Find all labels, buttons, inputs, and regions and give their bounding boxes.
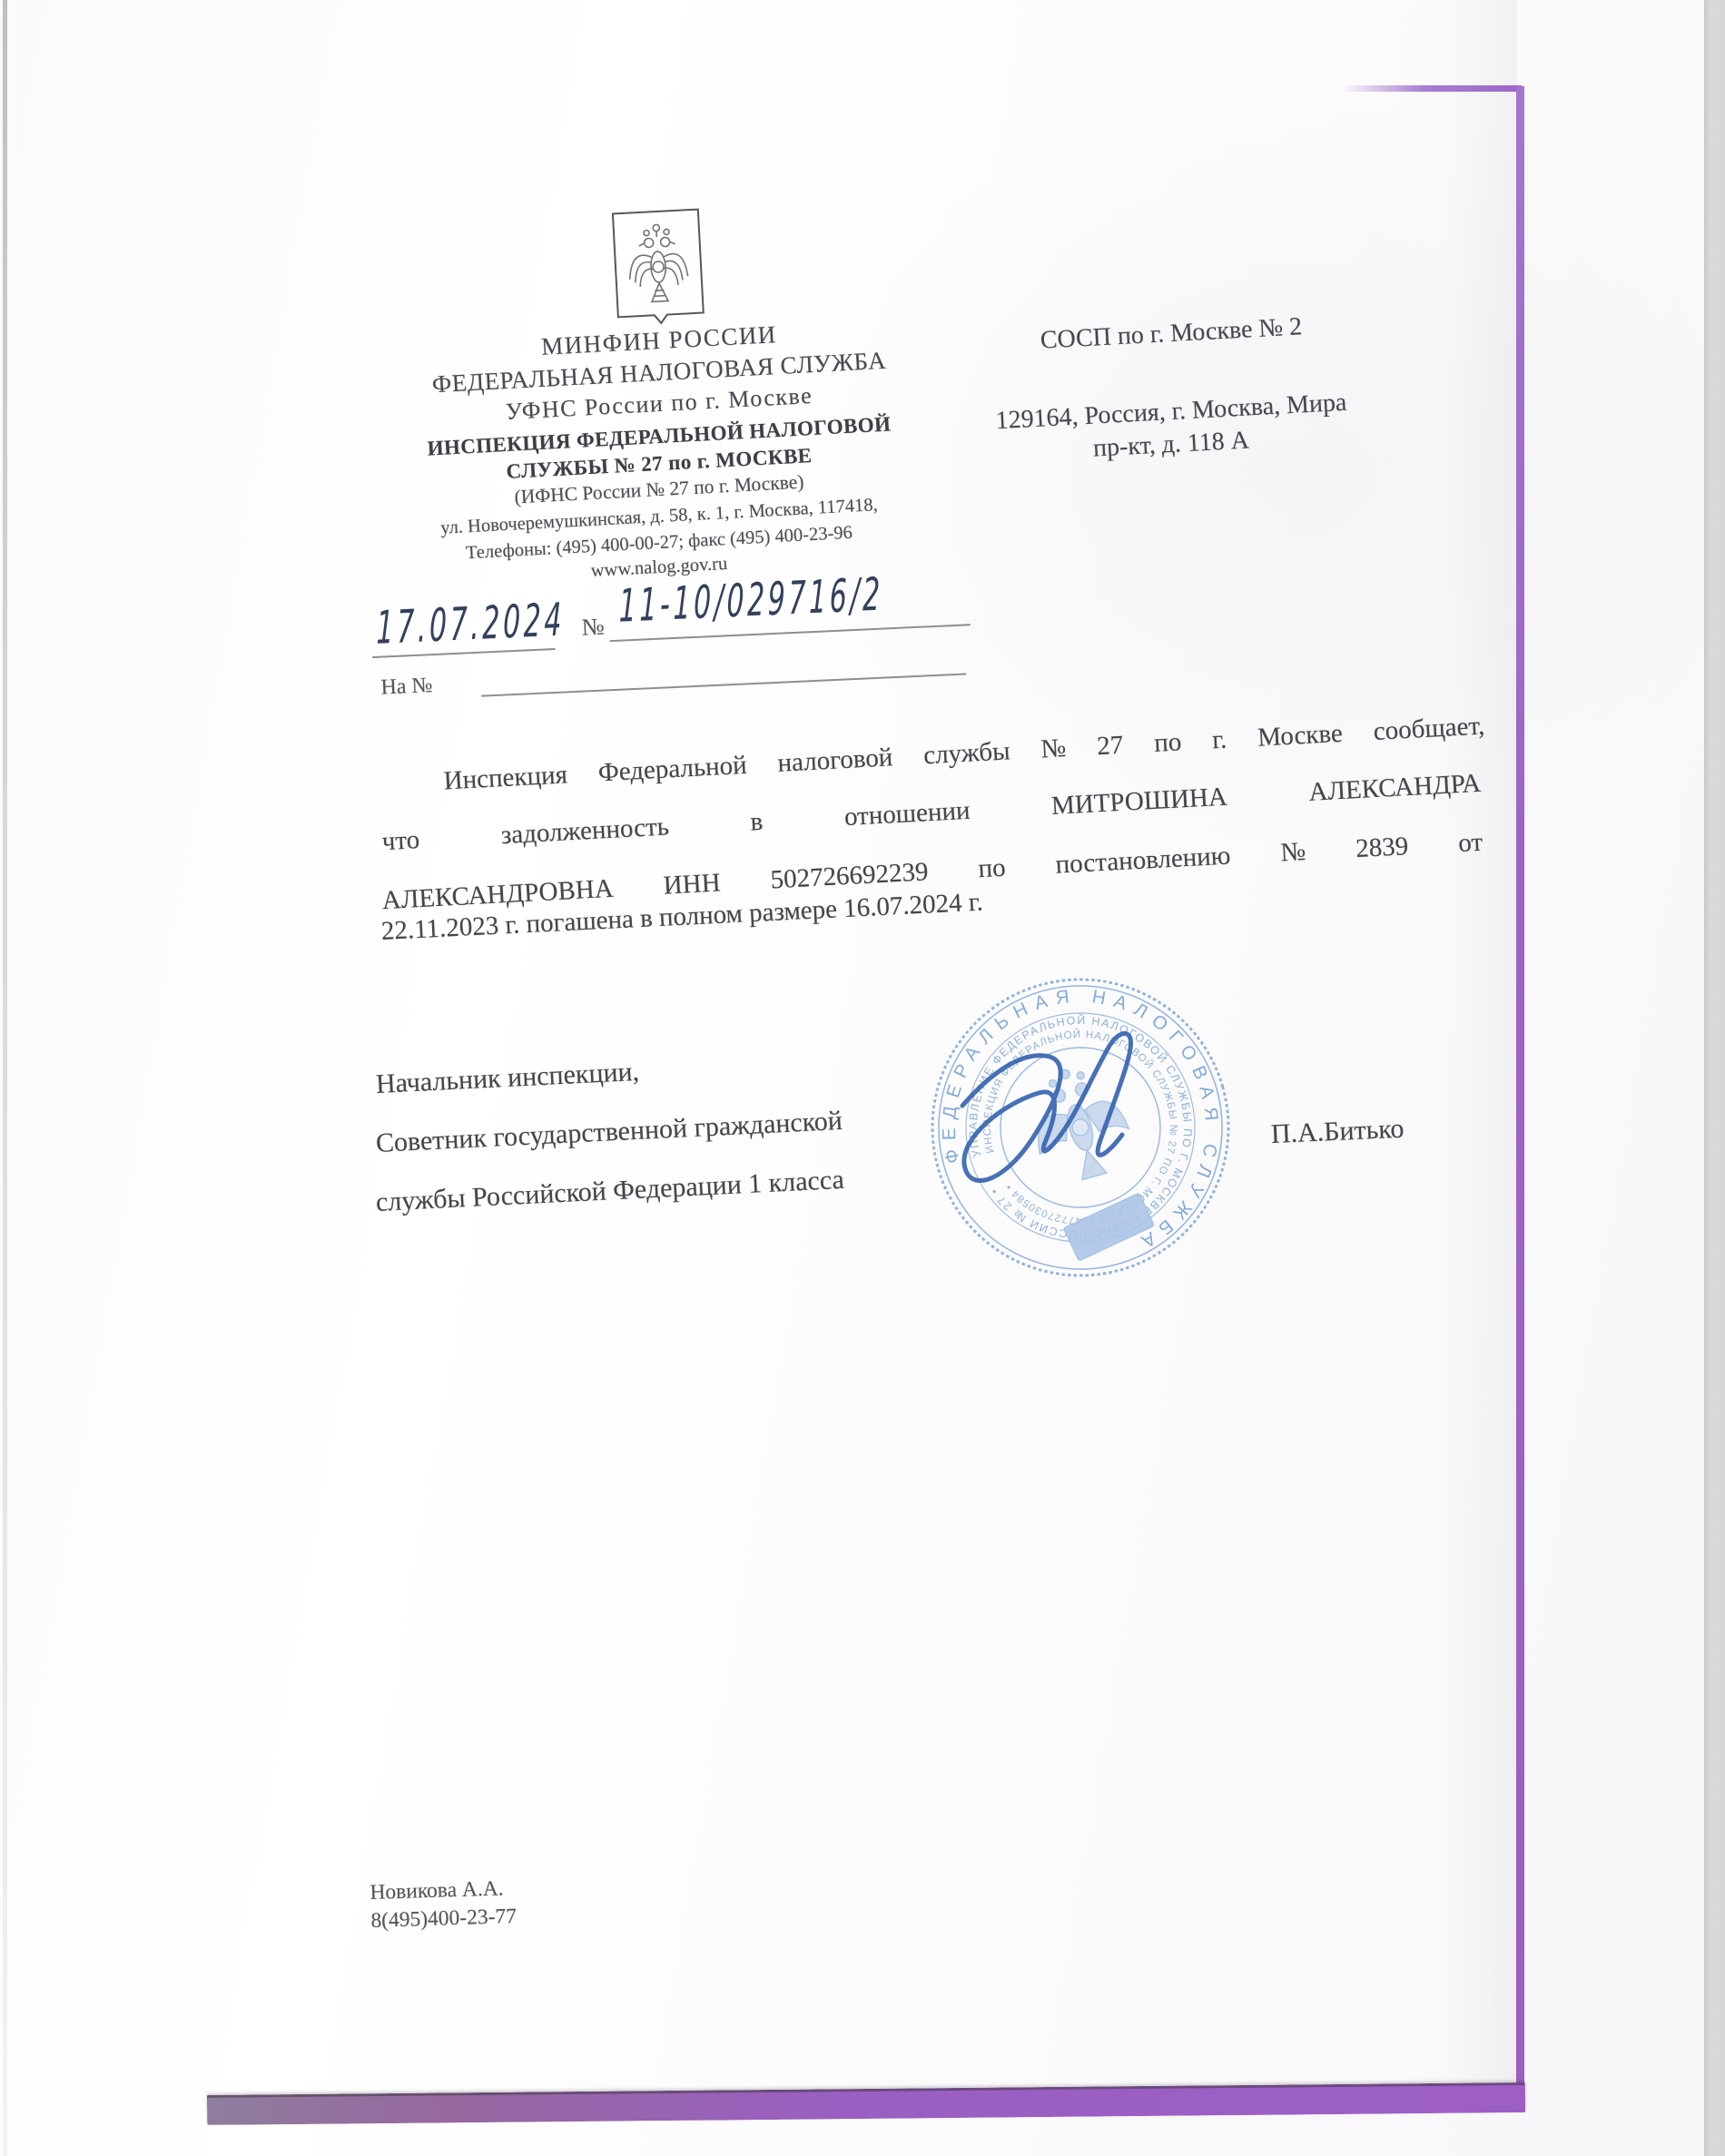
- photo-right-gray-strip: [1704, 0, 1725, 2156]
- photo-left-edge-line: [3, 0, 7, 2156]
- recipient-name: СОСП по г. Москве № 2: [957, 309, 1385, 360]
- purple-background-bottom-band: [207, 2082, 1525, 2125]
- purple-background-right-edge: [1516, 86, 1524, 2088]
- recipient-block: СОСП по г. Москве № 2 129164, Россия, г.…: [958, 0, 1385, 490]
- signer-position-line2: Советник государственной гражданской: [375, 1106, 843, 1159]
- reply-to-label: На №: [380, 674, 433, 701]
- executor-block: Новикова А.А. 8(495)400-23-77: [370, 1875, 517, 1935]
- outgoing-date-handwritten: 17.07.2024: [376, 593, 565, 655]
- paper-edge-shading: [1444, 0, 1517, 2083]
- executor-phone: 8(495)400-23-77: [370, 1903, 517, 1935]
- official-stamp: ФЕДЕРАЛЬНАЯ НАЛОГОВАЯ СЛУЖБА УПРАВЛЕНИЕ …: [915, 962, 1246, 1293]
- reply-to-underline: [481, 673, 967, 696]
- reference-row: 17.07.2024 № 11-10/029716/2 На №: [370, 569, 979, 733]
- letterhead: МИНФИН РОССИИ ФЕДЕРАЛЬНАЯ НАЛОГОВАЯ СЛУЖ…: [381, 0, 937, 599]
- signer-position-line1: Начальник инспекции,: [375, 1057, 640, 1100]
- signer-position-line3: службы Российской Федерации 1 класса: [375, 1165, 844, 1218]
- outgoing-number-handwritten: 11-10/029716/2: [618, 567, 883, 632]
- photographed-tax-letter: МИНФИН РОССИИ ФЕДЕРАЛЬНАЯ НАЛОГОВАЯ СЛУЖ…: [0, 0, 1725, 2156]
- stamp-rotated-group: ФЕДЕРАЛЬНАЯ НАЛОГОВАЯ СЛУЖБА УПРАВЛЕНИЕ …: [915, 962, 1246, 1293]
- signer-name: П.А.Битько: [1270, 1114, 1405, 1150]
- number-sign-label: №: [581, 613, 605, 641]
- executor-name: Новикова А.А.: [370, 1875, 516, 1907]
